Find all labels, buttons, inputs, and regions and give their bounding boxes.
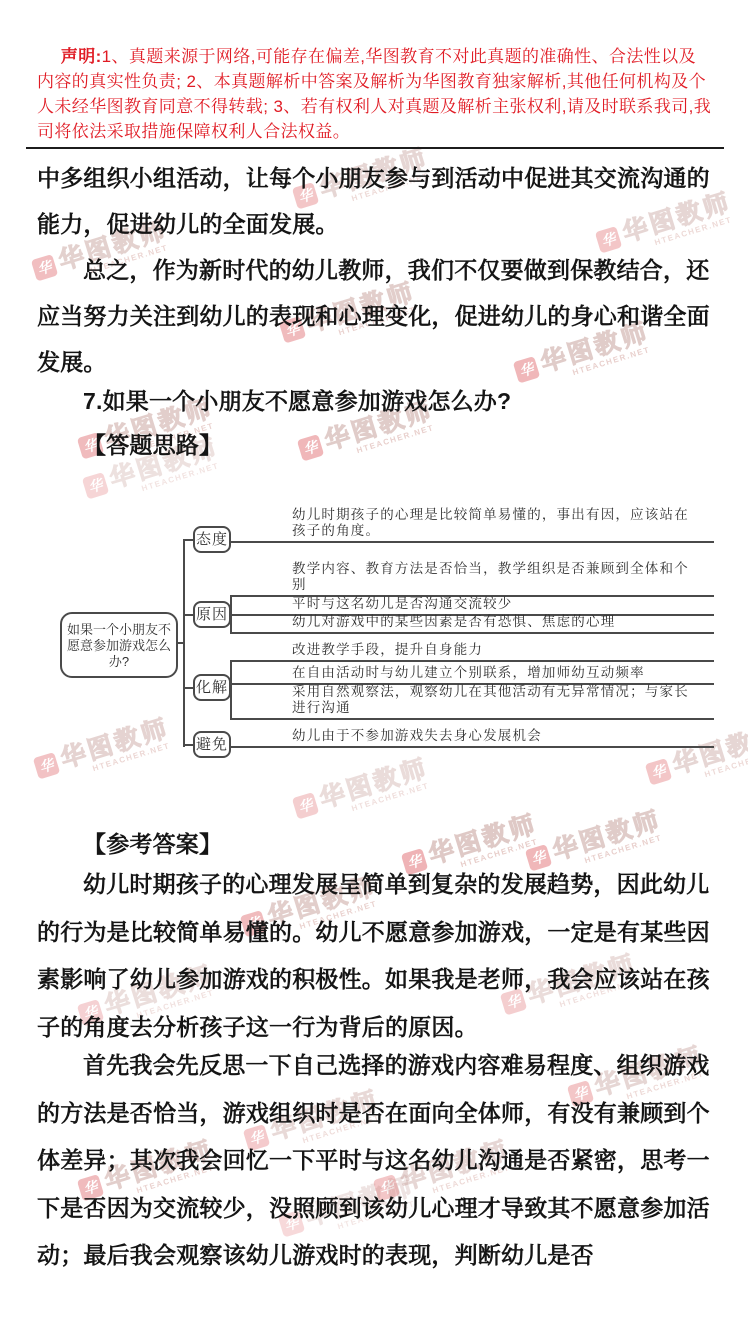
mind-map-diagram: 如果一个小朋友不愿意参加游戏怎么办? 态度 原因 化解 避免 bbox=[0, 497, 748, 797]
leaf-underline bbox=[230, 718, 714, 720]
section-heading-answer: 【参考答案】 bbox=[37, 822, 712, 866]
leaf-underline bbox=[230, 660, 714, 662]
diagram-leaf: 改进教学手段，提升自身能力 bbox=[292, 642, 692, 658]
body-paragraph-continued: 中多组织小组活动，让每个小朋友参与到活动中促进其交流沟通的能力，促进幼儿的全面发… bbox=[37, 155, 712, 247]
diagram-branch-attitude: 态度 bbox=[193, 526, 231, 553]
document-content: 声明:1、真题来源于网络,可能存在偏差,华图教育不对此真题的准确性、合法性以及内… bbox=[0, 0, 748, 1280]
disclaimer-text: 1、真题来源于网络,可能存在偏差,华图教育不对此真题的准确性、合法性以及内容的真… bbox=[37, 47, 711, 141]
diagram-branch-resolve: 化解 bbox=[193, 674, 231, 701]
diagram-leaf: 采用自然观察法，观察幼儿在其他活动有无异常情况；与家长进行沟通 bbox=[292, 684, 692, 716]
diagram-leaf: 平时与这名幼儿是否沟通交流较少 bbox=[292, 596, 692, 612]
leaf-underline bbox=[230, 746, 714, 748]
leaf-underline bbox=[230, 541, 714, 543]
body-paragraph-summary: 总之，作为新时代的幼儿教师，我们不仅要做到保教结合，还应当努力关注到幼儿的表现和… bbox=[37, 247, 712, 385]
disclaimer-label: 声明: bbox=[61, 47, 102, 66]
question-title: 7.如果一个小朋友不愿意参加游戏怎么办? bbox=[37, 379, 712, 423]
diagram-branch-reason: 原因 bbox=[193, 601, 231, 628]
answer-paragraph-2: 首先我会先反思一下自己选择的游戏内容难易程度、组织游戏的方法是否恰当，游戏组织时… bbox=[37, 1042, 712, 1280]
diagram-root-node: 如果一个小朋友不愿意参加游戏怎么办? bbox=[60, 612, 178, 678]
leaf-underline bbox=[230, 632, 714, 634]
diagram-leaf: 幼儿对游戏中的某些因素是否有恐惧、焦虑的心理 bbox=[292, 614, 692, 630]
diagram-branch-avoid: 避免 bbox=[193, 731, 231, 758]
diagram-leaf: 教学内容、教育方法是否恰当，教学组织是否兼顾到全体和个别 bbox=[292, 561, 692, 593]
connector-trunk bbox=[183, 540, 185, 747]
diagram-leaf: 幼儿由于不参加游戏失去身心发展机会 bbox=[292, 728, 692, 744]
diagram-leaf: 幼儿时期孩子的心理是比较简单易懂的，事出有因，应该站在孩子的角度。 bbox=[292, 507, 692, 539]
header-divider bbox=[26, 147, 724, 149]
disclaimer: 声明:1、真题来源于网络,可能存在偏差,华图教育不对此真题的准确性、合法性以及内… bbox=[37, 44, 712, 144]
answer-paragraph-1: 幼儿时期孩子的心理发展呈简单到复杂的发展趋势，因此幼儿的行为是比较简单易懂的。幼… bbox=[37, 861, 712, 1051]
section-heading-analysis: 【答题思路】 bbox=[37, 423, 712, 467]
document-page: 华 华图教师 HTEACHER.NET 华 华图教师 HTEACHER.NET … bbox=[0, 0, 748, 1335]
diagram-leaf: 在自由活动时与幼儿建立个别联系，增加师幼互动频率 bbox=[292, 665, 692, 681]
